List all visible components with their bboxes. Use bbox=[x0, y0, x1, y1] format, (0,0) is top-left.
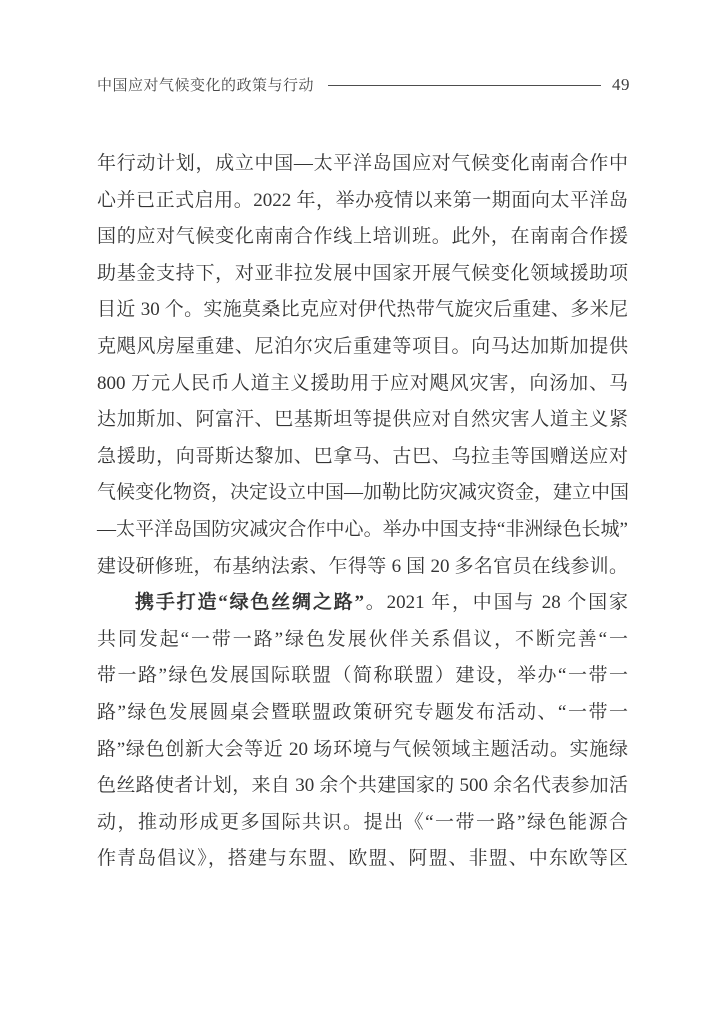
text-line: 目近 30 个。实施莫桑比克应对伊代热带气旋灾后重建、多米尼 bbox=[97, 292, 628, 329]
text-line: 共同发起“一带一路”绿色发展伙伴关系倡议，不断完善“一 bbox=[97, 622, 628, 659]
text-line: 心并已正式启用。2022 年，举办疫情以来第一期面向太平洋岛 bbox=[97, 183, 628, 220]
text-line: 作青岛倡议》，搭建与东盟、欧盟、阿盟、非盟、中东欧等区 bbox=[97, 841, 628, 878]
text-line: 急援助，向哥斯达黎加、巴拿马、古巴、乌拉圭等国赠送应对 bbox=[97, 439, 628, 476]
text-line: 路”绿色发展圆桌会暨联盟政策研究专题发布活动、“一带一 bbox=[97, 695, 628, 732]
text-line: 助基金支持下，对亚非拉发展中国家开展气候变化领域援助项 bbox=[97, 256, 628, 293]
text-line: —太平洋岛国防灾减灾合作中心。举办中国支持“非洲绿色长城” bbox=[97, 512, 628, 549]
running-header-title: 中国应对气候变化的政策与行动 bbox=[97, 74, 314, 95]
document-page: 中国应对气候变化的政策与行动 49 年行动计划，成立中国—太平洋岛国应对气候变化… bbox=[0, 0, 724, 1023]
text-line: 达加斯加、阿富汗、巴基斯坦等提供应对自然灾害人道主义紧 bbox=[97, 402, 628, 439]
text-line: 800 万元人民币人道主义援助用于应对飓风灾害，向汤加、马 bbox=[97, 366, 628, 403]
text-line: 克飓风房屋重建、尼泊尔灾后重建等项目。向马达加斯加提供 bbox=[97, 329, 628, 366]
text-line: 路”绿色创新大会等近 20 场环境与气候领域主题活动。实施绿 bbox=[97, 732, 628, 769]
text-line: 气候变化物资，决定设立中国—加勒比防灾减灾资金，建立中国 bbox=[97, 475, 628, 512]
paragraph-lead-bold: 携手打造“绿色丝绸之路” bbox=[135, 592, 364, 613]
paragraph-lead-rest: 。2021 年，中国与 28 个国家 bbox=[364, 592, 628, 613]
text-line: 国的应对气候变化南南合作线上培训班。此外，在南南合作援 bbox=[97, 219, 628, 256]
text-line: 动，推动形成更多国际共识。提出《“一带一路”绿色能源合 bbox=[97, 805, 628, 842]
page-number: 49 bbox=[612, 75, 630, 95]
text-line: 建设研修班，布基纳法索、乍得等 6 国 20 多名官员在线参训。 bbox=[97, 549, 628, 586]
paragraph-lead-line: 携手打造“绿色丝绸之路”。2021 年，中国与 28 个国家 bbox=[97, 585, 628, 622]
text-line: 年行动计划，成立中国—太平洋岛国应对气候变化南南合作中 bbox=[97, 146, 628, 183]
header-rule bbox=[328, 85, 601, 86]
text-line: 带一路”绿色发展国际联盟（简称联盟）建设，举办“一带一 bbox=[97, 658, 628, 695]
page-body: 年行动计划，成立中国—太平洋岛国应对气候变化南南合作中 心并已正式启用。2022… bbox=[97, 146, 628, 878]
page-header: 中国应对气候变化的政策与行动 49 bbox=[97, 74, 630, 95]
text-line: 色丝路使者计划，来自 30 余个共建国家的 500 余名代表参加活 bbox=[97, 768, 628, 805]
